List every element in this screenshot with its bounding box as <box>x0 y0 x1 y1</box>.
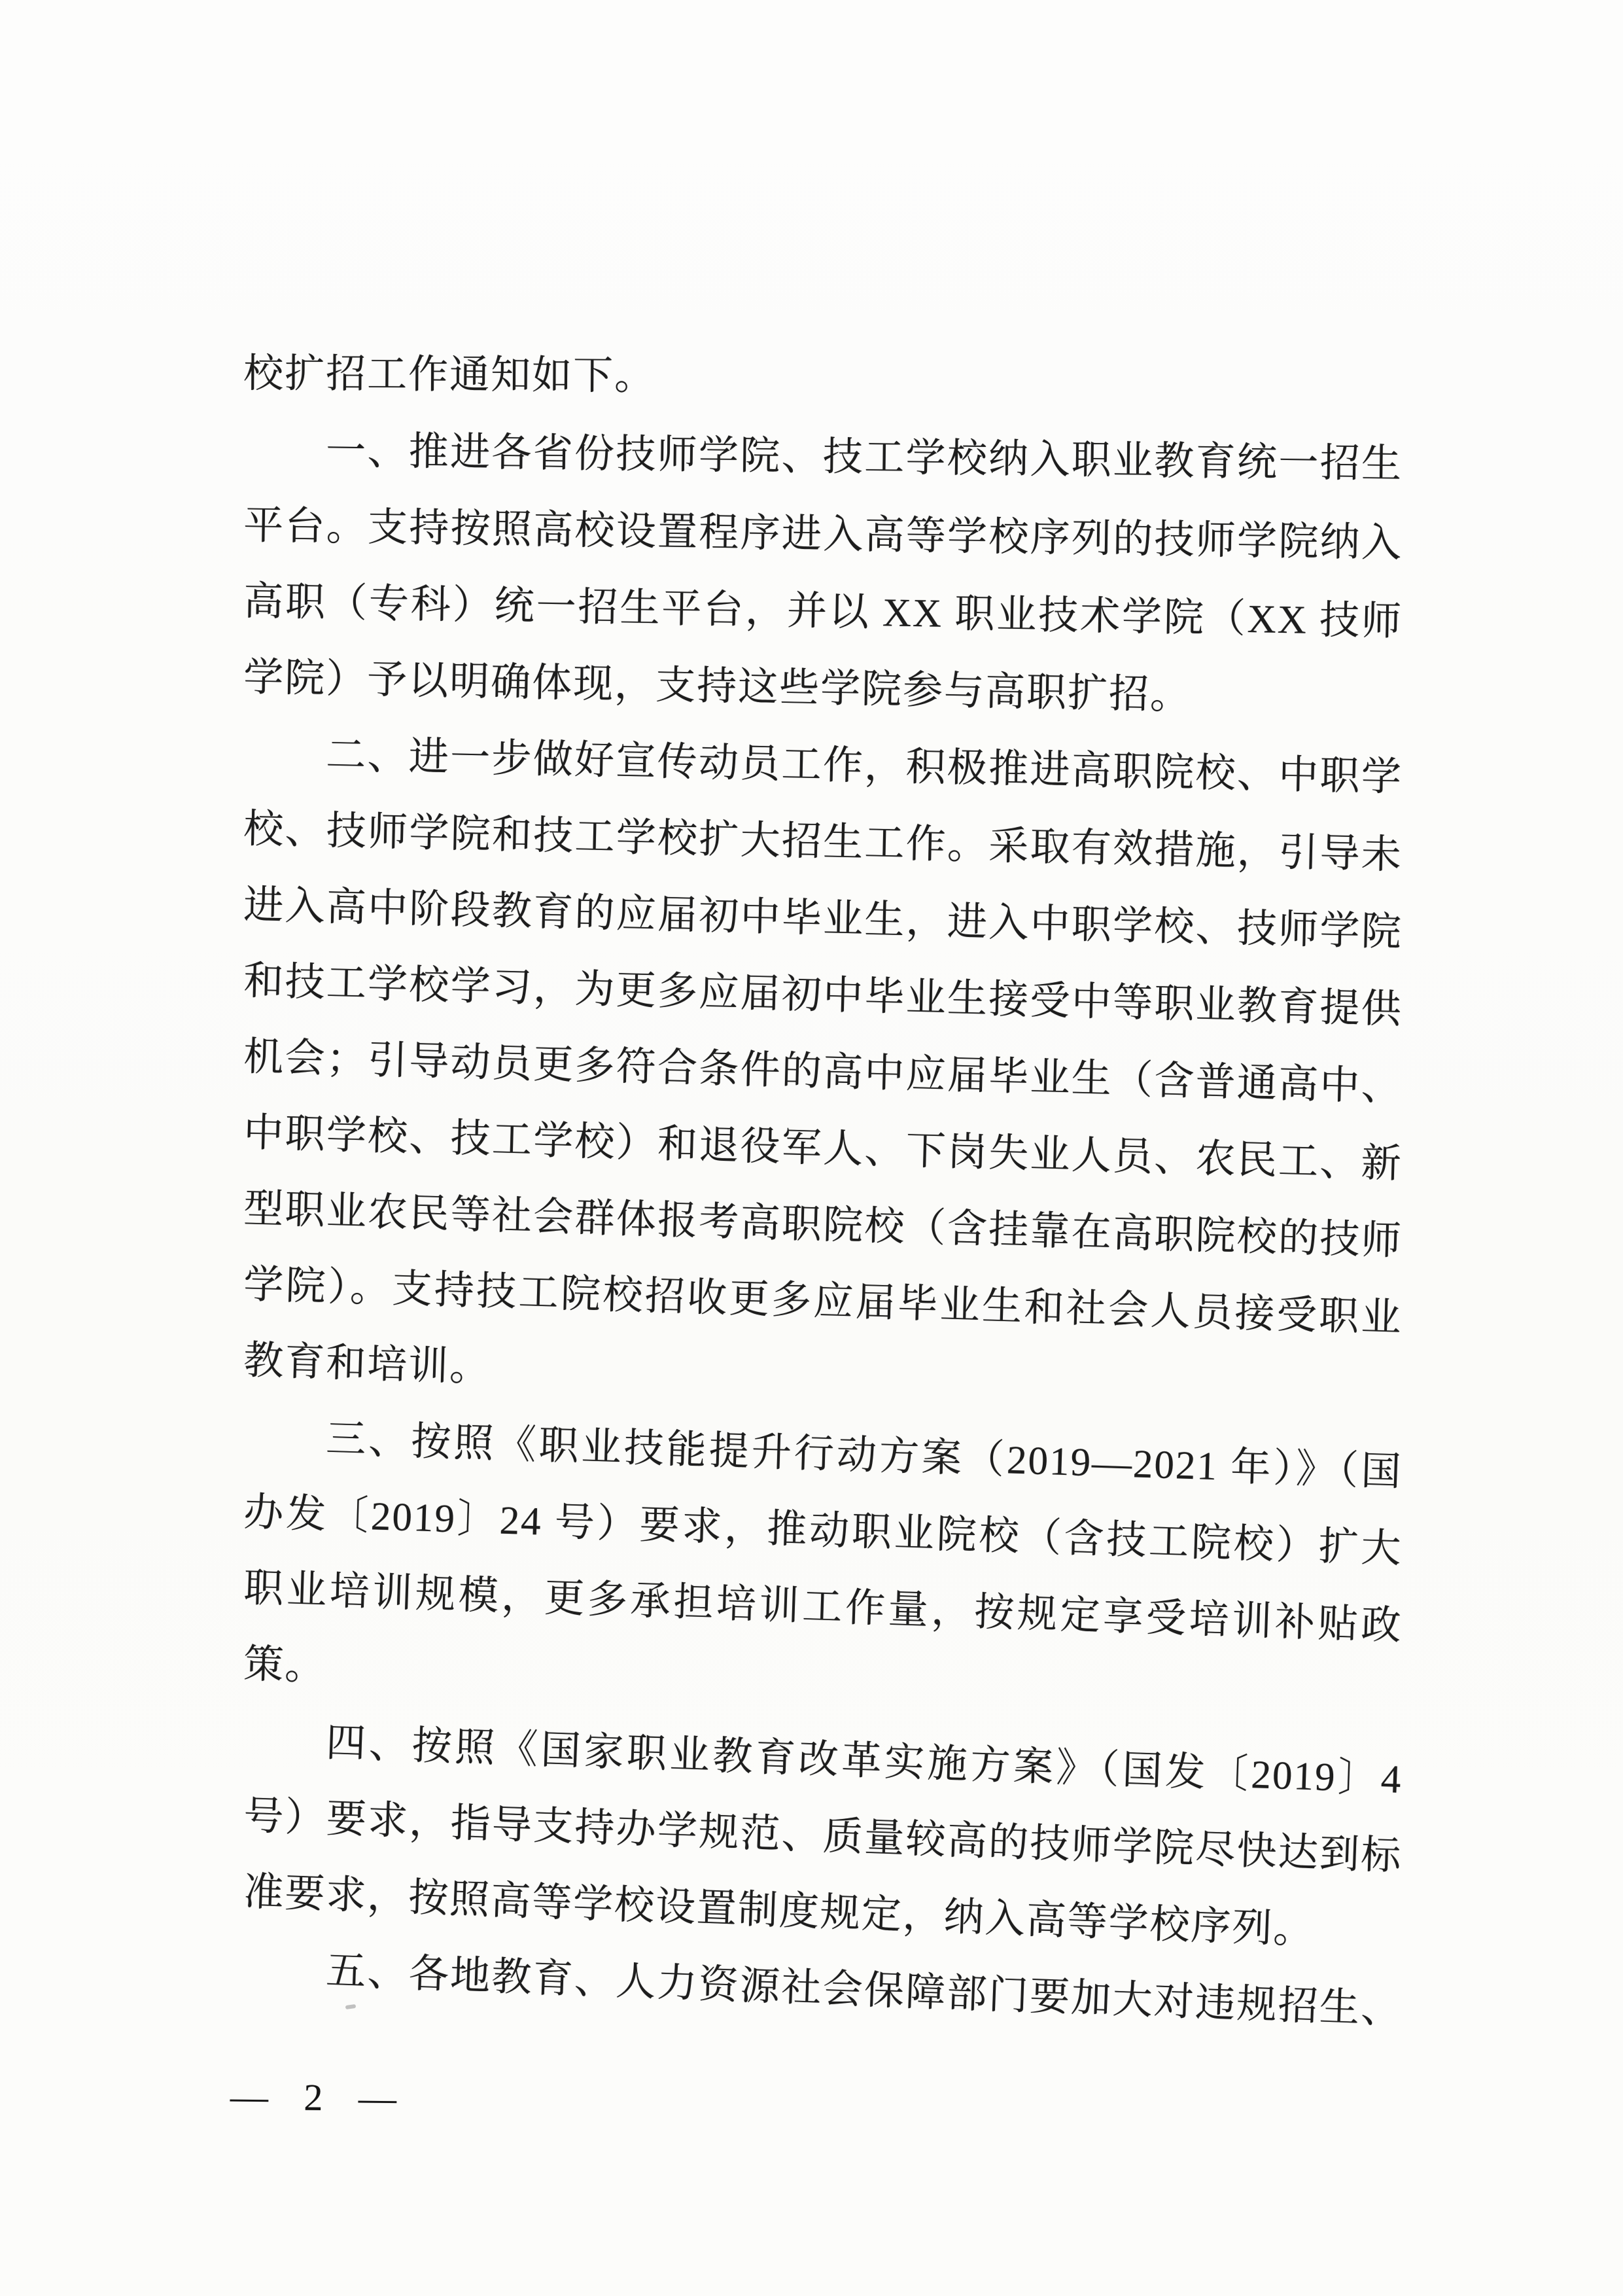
page-number: — 2 — <box>230 2075 405 2121</box>
document-line: 校扩招工作通知如下。 <box>243 336 1403 419</box>
scanned-document-page: 校扩招工作通知如下。 一、推进各省份技师学院、技工学校纳入职业教育统一招生 平台… <box>0 0 1623 2296</box>
document-line: 一、推进各省份技师学院、技工学校纳入职业教育统一招生 <box>243 412 1403 503</box>
document-body: 校扩招工作通知如下。 一、推进各省份技师学院、技工学校纳入职业教育统一招生 平台… <box>243 336 1403 2006</box>
